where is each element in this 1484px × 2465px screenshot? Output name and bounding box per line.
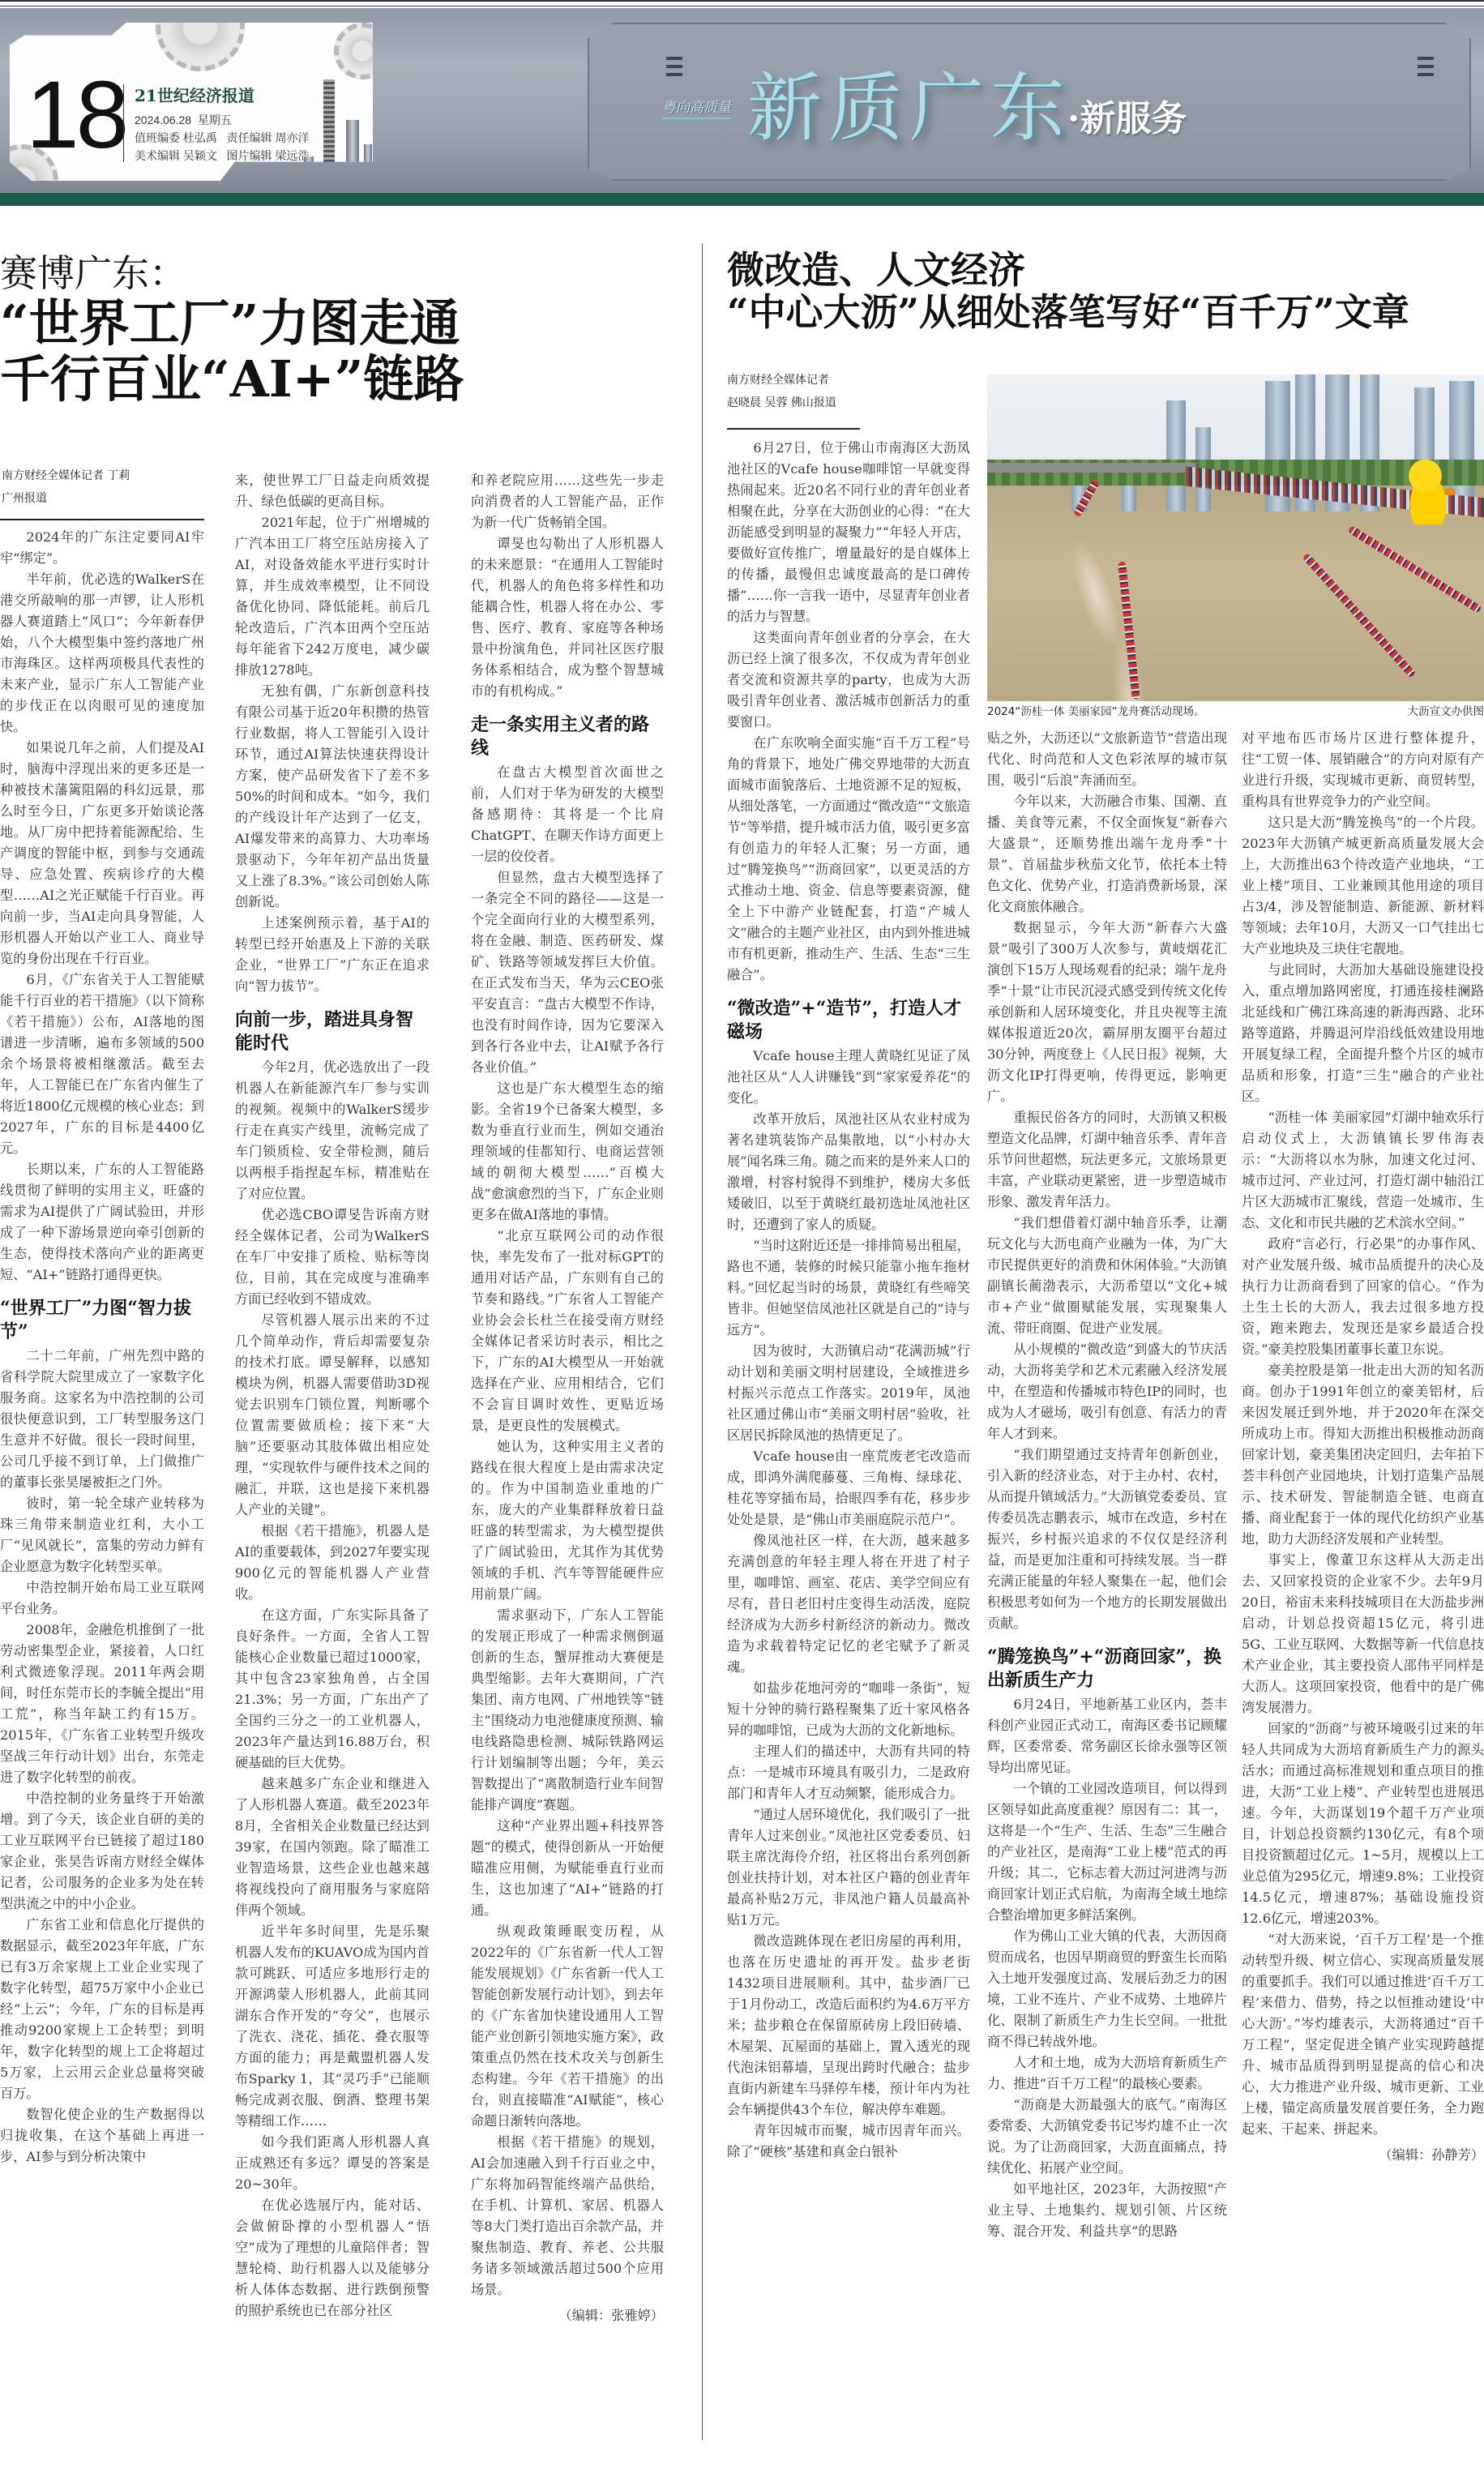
paragraph: 中浩控制开始布局工业互联网平台业务。 [0,1577,204,1620]
paragraph: 6月，《广东省关于人工智能赋能千行百业的若干措施》（以下简称《若干措施》）公布，… [0,969,204,1159]
paragraph: “北京互联网公司的动作很快，率先发布了一批对标GPT的通用对话产品，广东则有自己… [471,1226,664,1436]
top-rule [0,0,1484,6]
paragraph: 纵观政策睡眠变历程，从2022年的《广东省新一代人工智能发展规划》《广东省新一代… [471,1921,664,2132]
paragraph: 政府“言必行，行必果”的办事作风、对产业发展升级、城市品质提升的决心及执行力让沥… [1242,1234,1484,1360]
left-headline: 赛博广东： “世界工厂”力图走通 千行百业“AI+”链路 [0,253,705,407]
section-subtitle: ·新服务 [1067,89,1187,141]
caption-text: 2024“沥桂一体 美丽家园”龙舟赛活动现场。 [987,705,1205,718]
paragraph: 近半年多时间里，先是乐聚机器人发布的KUAVO成为国内首款可跳跃、可适应多地形行… [235,1921,430,2132]
paragraph: Vcafe house由一座荒废老宅改造而成，即鸿外满爬藤蔓、三角梅、绿球花、桂… [727,1446,970,1530]
paragraph: 主理人们的描述中，大沥有共同的特点：一是城市环境具有吸引力，二是政府部门和青年人… [727,1741,970,1804]
paragraph: 因为彼时，大沥镇启动“花满沥城”行动计划和美丽文明村居建设，全域推进乡村振兴示范… [727,1341,970,1446]
paragraph: 和养老院应用……这些先一步走向消费者的人工智能产品，正作为新一代广货畅销全国。 [471,470,664,533]
paragraph: 2008年，金融危机推倒了一批劳动密集型企业，紧接着，人口红利式微迹象浮现。20… [0,1620,204,1788]
paragraph: 事实上，像董卫东这样从大沥走出去、又回家投资的企业家不少。去年9月20日，裕宙未… [1242,1550,1484,1718]
paragraph: 与此同时，大沥加大基础设施建设投入，重点增加路网密度，打通连接桂澜路北延线和广佛… [1242,960,1484,1107]
paragraph: 但显然，盘古大模型选择了一条完全不同的路径——这是一个完全面向行业的大模型系列，… [471,867,664,1078]
photo-caption: 2024“沥桂一体 美丽家园”龙舟赛活动现场。 大沥宣文办供图 [987,702,1484,720]
paragraph: “对大沥来说，‘百千万工程’是一个推动转型升级、树立信心、实现高质量发展的重要抓… [1242,1929,1484,2140]
paragraph: 来，使世界工厂日益走向质效提升、绿色低碳的更高目标。 [235,470,430,512]
masthead-divider [123,84,124,162]
paragraph: 广东省工业和信息化厅提供的数据显示，截至2023年年底，广东已有3万余家规上工业… [0,1915,204,2104]
paragraph: 豪美控股是第一批走出大沥的知名沥商。创办于1991年创立的豪美铝材，后来因发展迁… [1242,1360,1484,1550]
editor-credit: （编辑：张雅婷） [471,2305,664,2326]
paragraph: 微改造跳体现在老旧房屋的再利用，也落在历史遗址的再开发。盐步老街1432项目进展… [727,1931,970,2120]
paragraph: 在优必选展厅内，能对话、会做俯卧撑的小型机器人“悟空”成为了理想的儿童陪伴者；智… [235,2195,430,2322]
paragraph: 彼时，第一轮全球产业转移为珠三角带来制造业红利，大小工厂“见风就长”，富集的劳动… [0,1493,204,1577]
masthead: 18 21世纪经济报道 2024.06.28 星期五 值班编委 杜弘禹 责任编辑… [0,8,1484,193]
paragraph: 2021年起，位于广州增城的广汽本田工厂将空压站房接入了AI，对设备效能水平进行… [235,512,430,681]
paragraph: 在广东吹响全面实施“百千万工程”号角的背景下，地处广佛交界地带的大沥直面城市面貌… [727,733,970,986]
left-byline: 南方财经全媒体记者 丁莉 广州报道 [2,464,130,510]
right-article-column-3: 对平地布匹市场片区进行整体提升，往“工贸一体、展销融合”的方向对原有产业进行升级… [1242,728,1484,2464]
paragraph: 今年2月，优必选放出了一段机器人在新能源汽车厂参与实训的视频。视频中的Walke… [235,1057,430,1205]
paragraph: 从小规模的“微改造”到盛大的节庆活动，大沥将美学和艺术元素融入经济发展中，在塑造… [987,1339,1227,1444]
byline-location: 广州报道 [2,487,130,510]
section-slogan: 粤向高质量 [662,96,731,119]
editor-credit: （编辑：孙静芳） [1242,2145,1484,2166]
paragraph: 根据《若干措施》的规划，AI会加速融入到千行百业之中，广东将加码智能终端产品供给… [471,2132,664,2300]
paragraph: 上述案例预示着，基于AI的转型已经开始惠及上下游的关联企业，“世界工厂”广东正在… [235,913,430,997]
paragraph: 对平地布匹市场片区进行整体提升，往“工贸一体、展销融合”的方向对原有产业进行升级… [1242,728,1484,812]
byline-rule [0,519,204,520]
section-heading: 走一条实用主义者的路线 [471,713,664,760]
right-article-column-1: 6月27日，位于佛山市南海区大沥凤池社区的Vcafe house咖啡馆一早就变得… [727,438,970,2464]
paragraph: 如盐步花地河旁的“咖啡一条街”，短短十分钟的骑行路程聚集了近十家风格各异的咖啡馆… [727,1678,970,1741]
paragraph: 贴之外，大沥还以“文旅新造节”营造出现代化、时尚范和人文色彩浓厚的城市氛围，吸引… [987,728,1227,791]
paragraph: “我们期望通过支持青年创新创业，引入新的经济业态，对于主办村、农村，从而提升镇域… [987,1444,1227,1634]
paragraph: 6月24日，平地新基工业区内，荟丰科创产业园正式动工，南海区委书记顾耀辉，区委常… [987,1694,1227,1778]
paragraph: “当时这附近还是一排排简易出租屋，路也不通，装修的时候只能靠小拖车拖材料。”回忆… [727,1235,970,1341]
headline-line-2: 千行百业“AI+”链路 [0,351,705,407]
paragraph: 人才和土地，成为大沥培育新质生产力、推进“百千万工程”的最核心要素。 [987,2052,1227,2095]
paragraph: 重振民俗各方的同时，大沥镇又积极塑造文化品牌，灯湖中轴音乐季、青年音乐节问世超燃… [987,1107,1227,1213]
byline-reporter: 南方财经全媒体记者 丁莉 [2,464,130,487]
masthead-green-band [0,193,1484,206]
headline-line-1: 微改造、人文经济 [727,250,1484,292]
paragraph: 像凤池社区一样，在大沥，越来越多充满创意的年轻主理人将在开进了村子里，咖啡馆、画… [727,1530,970,1678]
paragraph: 越来越多广东企业和继进入了人形机器人赛道。截至2023年8月，全省相关企业数量已… [235,1774,430,1921]
paragraph: 谭旻也勾勒出了人形机器人的未来愿景：“在通用人工智能时代，机器人的角色将多样性和… [471,533,664,702]
left-article-column-2: 来，使世界工厂日益走向质效提升、绿色低碳的更高目标。2021年起，位于广州增城的… [235,470,430,2464]
photo-credit: 大沥宣文办供图 [1408,702,1484,718]
byline-rule [727,428,860,430]
paragraph: 数据显示，今年大沥“新春六大盛景”吸引了300万人次参与，黄岐烟花汇演创下15万… [987,918,1227,1107]
paragraph: 这只是大沥“腾笼换鸟”的一个片段。2023年大沥镇产城更新高质量发展大会上，大沥… [1242,812,1484,960]
paragraph: “我们想借着灯湖中轴音乐季，让潮玩文化与大沥电商产业融为一体，为广大市民提供更好… [987,1213,1227,1339]
paragraph: 无独有偶，广东新创意科技有限公司基于近20年积攒的热管行业数据，将人工智能引入设… [235,681,430,913]
left-article-column-3: 和养老院应用……这些先一步走向消费者的人工智能产品，正作为新一代广货畅销全国。谭… [471,470,664,2464]
headline-kicker: 赛博广东： [0,253,705,295]
gear-icon [156,8,245,71]
decor-dashes [1418,57,1437,81]
paragraph: 2024年的广东注定要同AI牢牢“绑定”。 [0,527,204,569]
masthead-info-panel: 18 21世纪经济报道 2024.06.28 星期五 值班编委 杜弘禹 责任编辑… [10,23,373,181]
byline-location: 赵晓晨 吴蓉 佛山报道 [727,392,836,414]
paragraph: 根据《若干措施》，机器人是AI的重要载体，到2027年要实现900亿元的智能机器… [235,1521,430,1605]
paragraph: 如果说几年之前，人们提及AI时，脑海中浮现出来的更多还是一种被技术藩篱阻隔的科幻… [0,738,204,969]
article-divider [702,243,703,2440]
paragraph: 在这方面，广东实际具备了良好条件。一方面，全省人工智能核心企业数量已超过1000… [235,1605,430,1774]
section-heading: “腾笼换鸟”+“沥商回家”，换出新质生产力 [987,1645,1227,1693]
paragraph: 作为佛山工业大镇的代表，大沥因商贸而成名，也因早期商贸的野蛮生长而陷入土地开发强… [987,1926,1227,2052]
section-banner: 粤向高质量 新质广东 ·新服务 [588,23,1471,181]
paragraph: Vcafe house主理人黄晓红见证了凤池社区从“人人讲赚钱”到“家家爱养花”… [727,1046,970,1109]
paragraph: 她认为，这种实用主义者的路线在很大程度上是由需求决定的。作为中国制造业重地的广东… [471,1436,664,1605]
paragraph: 今年以来，大沥融合市集、国潮、直播、美食等元素，不仅全面恢复“新春六大盛景”，还… [987,791,1227,918]
paragraph: 如平地社区，2023年，大沥按照“产业主导、土地集约、规划引领、片区统筹、混合开… [987,2179,1227,2242]
paragraph: 数智化使企业的生产数据得以归拢收集，在这个基础上再进一步，AI参与到分析决策中 [0,2104,204,2168]
paragraph: 尽管机器人展示出来的不过几个简单动作，背后却需要复杂的技术打底。谭旻解释，以感知… [235,1310,430,1521]
paragraph: 如今我们距离人形机器人真正成熟还有多远？谭旻的答案是20~30年。 [235,2132,430,2195]
paragraph: 青年因城市而聚，城市因青年而兴。除了“硬核”基建和真金白银补 [727,2120,970,2163]
paragraph: 优必选CBO谭旻告诉南方财经全媒体记者，公司为WalkerS在车厂中安排了质检、… [235,1205,430,1310]
byline-reporter: 南方财经全媒体记者 [727,369,836,392]
paragraph: “沥桂一体 美丽家园”灯湖中轴欢乐行启动仪式上，大沥镇镇长罗伟海表示：“大沥将以… [1242,1107,1484,1234]
right-headline: 微改造、人文经济 “中心大沥”从细处落笔写好“百千万”文章 [727,250,1484,333]
paragraph: 半年前，优必选的WalkerS在港交所敲响的那一声锣，让人形机器人赛道踏上“风口… [0,569,204,738]
paragraph: 改革开放后，凤池社区从农业村成为著名建筑装饰产品集散地，以“小村办大展”闻名珠三… [727,1109,970,1235]
headline-line-2: “中心大沥”从细处落笔写好“百千万”文章 [727,292,1484,334]
paragraph: 这种“产业界出题+科技界答题”的模式，使得创新从一开始便瞄准应用侧，为赋能垂直行… [471,1816,664,1921]
dragon-boat-race-photo [987,374,1484,701]
paragraph: 需求驱动下，广东人工智能的发展正形成了一种需求侧倒逼创新的生态，蟹屏推动大赛便是… [471,1605,664,1816]
paragraph: 长期以来，广东的人工智能路线贯彻了鲜明的实用主义，旺盛的需求为AI提供了广阔试验… [0,1159,204,1286]
paragraph: 在盘古大模型首次面世之前，人们对于华为研发的大模型备感期待：其将是一个比肩Cha… [471,762,664,867]
section-title: 新质广东 [747,49,1071,156]
page-number: 18 [26,67,126,163]
left-article-column-1: 2024年的广东注定要同AI牢牢“绑定”。半年前，优必选的WalkerS在港交所… [0,527,204,2464]
right-article-column-2: 贴之外，大沥还以“文旅新造节”营造出现代化、时尚范和人文色彩浓厚的城市氛围，吸引… [987,728,1227,2464]
paragraph: 回家的“沥商”与被环境吸引过来的年轻人共同成为大沥培育新质生产力的源头活水；而通… [1242,1718,1484,1929]
paragraph: 这也是广东大模型生态的缩影。全省19个已备案大模型，多数为垂直行业而生，例如交通… [471,1078,664,1226]
paragraph: “通过人居环境优化，我们吸引了一批青年人过来创业。”凤池社区党委委员、妇联主席沈… [727,1804,970,1931]
section-heading: 向前一步，踏进具身智能时代 [235,1008,430,1055]
paragraph: 这类面向青年创业者的分享会，在大沥已经上演了很多次，不仅成为青年创业者交流和资源… [727,627,970,733]
right-byline: 南方财经全媒体记者 赵晓晨 吴蓉 佛山报道 [727,369,836,414]
paragraph: 中浩控制的业务量终于开始激增。到了今天，该企业自研的美的工业互联网平台已链接了超… [0,1788,204,1915]
city-skyline-illustration [281,71,387,193]
decor-dashes [666,57,686,81]
paragraph: “沥商是大沥最强大的底气。”南海区委常委、大沥镇党委书记岑灼雄不止一次说。为了让… [987,2095,1227,2179]
section-heading: “世界工厂”力图“智力拔节” [0,1297,204,1344]
headline-line-1: “世界工厂”力图走通 [0,295,705,351]
paragraph: 一个镇的工业园改造项目，何以得到区领导如此高度重视？原因有二：其一，这将是一个“… [987,1778,1227,1926]
section-heading: “微改造”+“造节”，打造人才磁场 [727,997,970,1044]
paragraph: 6月27日，位于佛山市南海区大沥凤池社区的Vcafe house咖啡馆一早就变得… [727,438,970,627]
paragraph: 二十二年前，广州先烈中路的省科学院大院里成立了一家数字化服务商。这家名为中浩控制… [0,1346,204,1493]
